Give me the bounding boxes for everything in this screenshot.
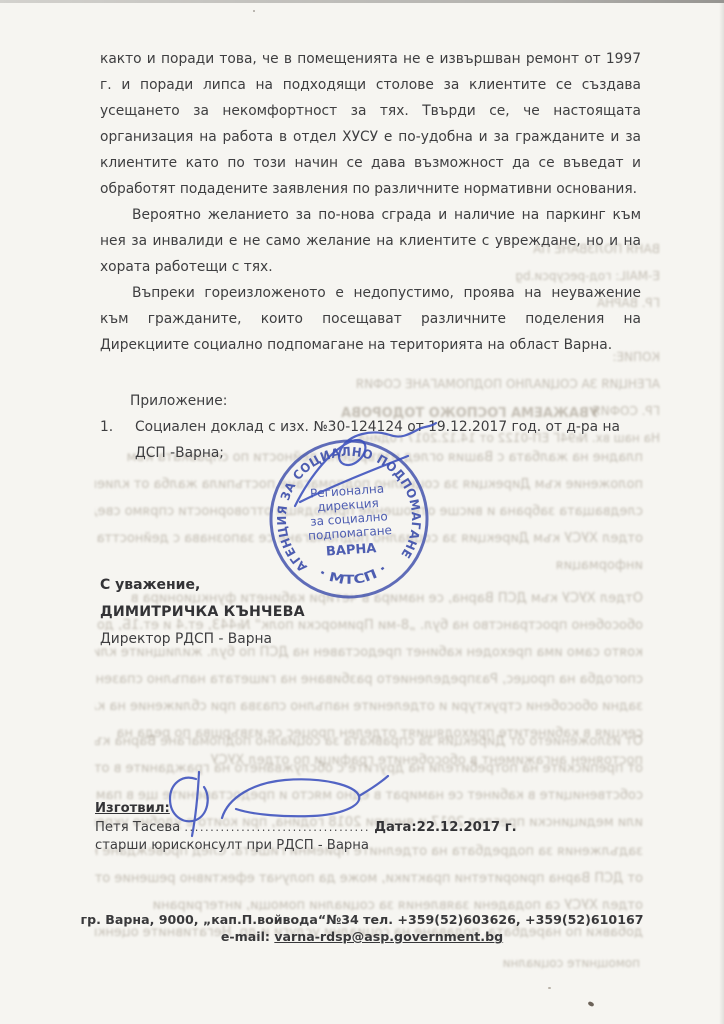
stamp-bottom-text: · МТСП · — [316, 560, 391, 590]
official-stamp: АГЕНЦИЯ ЗА СОЦИАЛНО ПОДПОМАГАНЕ · МТСП ·… — [242, 412, 455, 625]
scanned-letter-page: ВАНЯ ПОЛЗВАНЕ ПАE-MAIL: год-ресурси.bgГР… — [0, 0, 724, 1024]
scan-artifact-right-edge — [719, 0, 724, 1024]
dotted-line: .................................... — [184, 820, 370, 834]
body-paragraph: както и поради това, че в помещенията не… — [100, 46, 641, 202]
prepared-date: Дата:22.12.2017 г. — [374, 820, 516, 835]
director-title: Директор РДСП - Варна — [100, 626, 641, 653]
prepared-by-title: старши юрисконсулт при РДСП - Варна — [95, 837, 515, 855]
body-paragraph: Въпреки гореизложеното е недопустимо, пр… — [100, 280, 641, 358]
prepared-by-label: Изготвил: — [95, 800, 515, 818]
footer-address-line: гр. Варна, 9000, „кап.П.войвода“№34 тел.… — [0, 911, 724, 928]
body-paragraph: Вероятно желанието за по-нова сграда и н… — [100, 202, 641, 280]
scan-speck — [548, 987, 551, 989]
prepared-by-name: Петя Тасева — [95, 820, 180, 835]
footer: гр. Варна, 9000, „кап.П.войвода“№34 тел.… — [0, 911, 724, 945]
svg-text:· МТСП ·: · МТСП · — [316, 560, 391, 590]
attachment-item-number: 1. — [100, 414, 135, 466]
scan-artifact-top-edge — [0, 0, 724, 3]
prepared-by-block: Изготвил: Петя Тасева ..................… — [95, 800, 515, 855]
scan-speck — [253, 10, 255, 12]
stamp-inner-line: ВАРНА — [326, 541, 377, 559]
attachment-heading: Приложение: — [130, 388, 641, 414]
footer-email-label: e-mail: — [221, 929, 274, 944]
footer-email: varna-rdsp@asp.government.bg — [274, 929, 503, 944]
bleedthrough-text: помощните социални — [430, 950, 640, 977]
